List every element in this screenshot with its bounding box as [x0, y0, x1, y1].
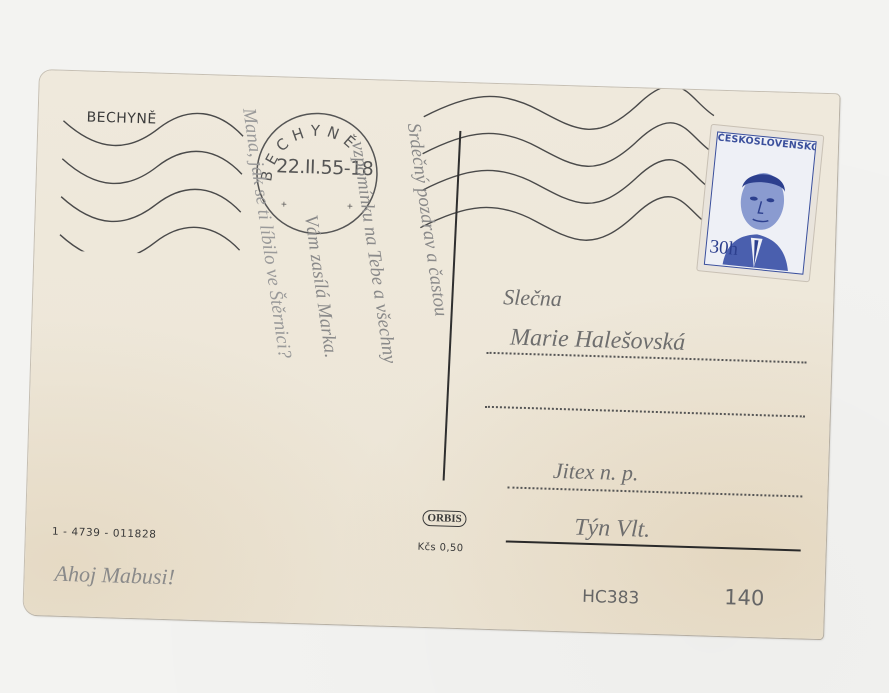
address-title: Slečna — [503, 284, 562, 312]
address-city: Týn Vlt. — [574, 515, 651, 544]
place-name: BECHYNĚ — [86, 109, 157, 127]
postcard: BECHYNĚ BECHYNĚ + + 22.II.55-18 Srdečný … — [23, 70, 839, 639]
print-code: 1 - 4739 - 011828 — [52, 526, 157, 541]
printed-price: Kčs 0,50 — [417, 542, 463, 554]
archive-code: HC383 — [582, 587, 640, 609]
stamp-value: 30h — [708, 236, 739, 261]
address-line-3 — [507, 486, 802, 497]
address-line-2 — [485, 406, 805, 418]
stamp-frame: ČESKOSLOVENSKO 30h — [704, 131, 817, 274]
address-town: Jitex n. p. — [553, 458, 639, 487]
signature: Ahoj Mabusi! — [54, 561, 175, 591]
postage-stamp: ČESKOSLOVENSKO 30h — [697, 125, 823, 281]
message-line-1: Srdečný pozdrav a častou — [402, 122, 452, 318]
wavy-cancellation-right — [415, 82, 720, 251]
postcard-back: BECHYNĚ BECHYNĚ + + 22.II.55-18 Srdečný … — [23, 70, 839, 639]
address-name: Marie Halešovská — [510, 324, 686, 356]
svg-text:+: + — [347, 201, 353, 212]
svg-text:+: + — [281, 199, 287, 210]
archive-price: 140 — [724, 585, 765, 610]
publisher-logo: ORBIS — [422, 510, 467, 527]
wavy-cancellation-left — [54, 81, 249, 257]
address-line-4 — [506, 540, 801, 551]
